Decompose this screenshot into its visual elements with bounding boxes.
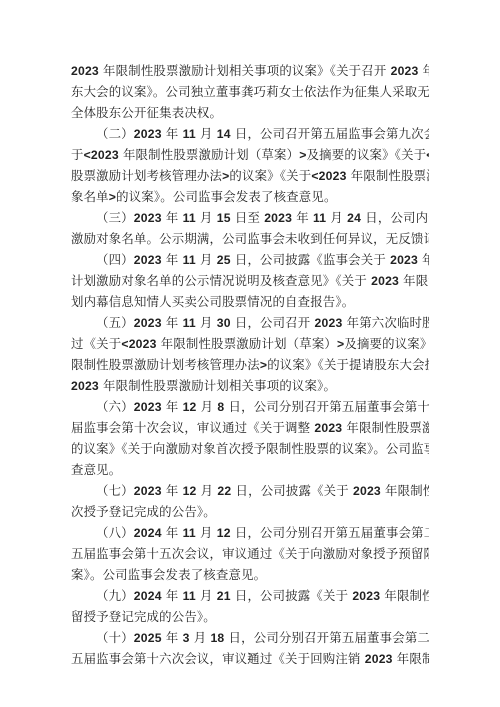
numeric-run: <2023 [121,337,156,351]
numeric-run: 2023 [314,421,342,435]
numeric-run: 8 [217,400,224,414]
numeric-run: 2024 [134,589,162,603]
numeric-run: > [222,169,229,183]
paragraph-first-line: （九）2024 年 11 月 21 日，公司披露《关于 2023 年限制性股票激… [71,585,429,606]
text-line: 东大会的议案》。公司独立董事龚巧莉女士依法作为征集人采取无偿方式向公司 [71,81,429,102]
document-body: 2023 年限制性股票激励计划相关事项的议案》《关于召开 2023 年第六次临时… [71,60,429,669]
numeric-run: 3 [183,631,190,645]
numeric-run: 24 [347,211,361,225]
numeric-run: 18 [210,631,224,645]
numeric-run: 2023 [353,484,381,498]
numeric-run: 2023 [134,484,162,498]
numeric-run: 2023 [390,253,418,267]
numeric-run: 2023 [134,127,162,141]
numeric-run: 12 [217,526,231,540]
numeric-run: 14 [217,127,231,141]
text-line: 股票激励计划考核管理办法>的议案》《关于<2023 年限制性股票激励计划激励对 [71,165,429,186]
numeric-run: 2025 [134,631,162,645]
paragraph-first-line: （三）2023 年 11 月 15 日至 2023 年 11 月 24 日，公司… [71,207,429,228]
numeric-run: <2023 [426,148,429,162]
numeric-run: > [337,337,344,351]
text-line: 2023 年限制性股票激励计划相关事项的议案》。 [71,375,429,396]
numeric-run: 25 [217,253,231,267]
numeric-run: 2023 [352,589,380,603]
text-line: 案》。公司监事会发表了核查意见。 [71,564,429,585]
text-line: 全体股东公开征集表决权。 [71,102,429,123]
paragraph-first-line: （六）2023 年 12 月 8 日，公司分别召开第五届董事会第十三次会议和第五 [71,396,429,417]
text-line: 五届监事会第十五次会议，审议通过《关于向激励对象授予预留限制性股票的议 [71,543,429,564]
text-line: 查意见。 [71,459,429,480]
numeric-run: 11 [183,211,196,225]
numeric-run: <2023 [84,148,119,162]
numeric-run: 2023 [315,316,343,330]
numeric-run: 11 [183,589,196,603]
paragraph-first-line: （四）2023 年 11 月 25 日，公司披露《监事会关于 2023 年限制性… [71,249,429,270]
page-number: 2 [0,652,500,663]
text-line: 计划激励对象名单的公示情况说明及核查意见》《关于 2023 年限制性股票激励计 [71,270,429,291]
numeric-run: 11 [183,253,196,267]
text-line: 于<2023 年限制性股票激励计划（草案）>及摘要的议案》《关于<2023 年限… [71,144,429,165]
numeric-run: 11 [183,316,196,330]
numeric-run: 15 [217,211,231,225]
numeric-run: 2023 [391,64,419,78]
paragraph-first-line: （七）2023 年 12 月 22 日，公司披露《关于 2023 年限制性股票激… [71,480,429,501]
paragraph-first-line: （十）2025 年 3 月 18 日，公司分别召开第五届董事会第二十四次会议和第 [71,627,429,648]
paragraph-first-line: （八）2024 年 11 月 12 日，公司分别召开第五届董事会第二十一次会议和… [71,522,429,543]
numeric-run: 21 [217,589,231,603]
numeric-run: > [299,148,306,162]
text-line: 的议案》《关于向激励对象首次授予限制性股票的议案》。公司监事会发表了核 [71,438,429,459]
text-line: 象名单>的议案》。公司监事会发表了核查意见。 [71,186,429,207]
text-line: 留授予登记完成的公告》。 [71,606,429,627]
numeric-run: 11 [183,127,196,141]
numeric-run: > [109,190,116,204]
text-line: 次授予登记完成的公告》。 [71,501,429,522]
numeric-run: 2023 [134,316,162,330]
text-line: 限制性股票激励计划考核管理办法>的议案》《关于提请股东大会授权董事会办理 [71,354,429,375]
text-line: 划内幕信息知情人买卖公司股票情况的自查报告》。 [71,291,429,312]
numeric-run: 2023 [134,253,162,267]
numeric-run: 11 [183,526,196,540]
text-line: 激励对象名单。公示期满，公司监事会未收到任何异议，无反馈记录。 [71,228,429,249]
numeric-run: 2023 [134,211,162,225]
numeric-run: 2023 [264,211,292,225]
numeric-run: 2024 [134,526,162,540]
numeric-run: 2023 [371,274,399,288]
numeric-run: 30 [217,316,231,330]
numeric-run: 11 [313,211,326,225]
numeric-run: 2023 [134,400,162,414]
paragraph-first-line: （二）2023 年 11 月 14 日，公司召开第五届监事会第九次会议，审议通过… [71,123,429,144]
text-line: 过《关于<2023 年限制性股票激励计划（草案）>及摘要的议案》《关于<2023… [71,333,429,354]
numeric-run: 2023 [71,64,99,78]
text-line: 2023 年限制性股票激励计划相关事项的议案》《关于召开 2023 年第六次临时… [71,60,429,81]
paragraph-first-line: （五）2023 年 11 月 30 日，公司召开 2023 年第六次临时股东大会… [71,312,429,333]
numeric-run: > [260,358,267,372]
numeric-run: 22 [217,484,231,498]
numeric-run: <2023 [311,169,346,183]
numeric-run: 2023 [71,379,99,393]
text-line: 届监事会第十次会议，审议通过《关于调整 2023 年限制性股票激励计划相关事项 [71,417,429,438]
numeric-run: 12 [183,400,197,414]
numeric-run: 12 [183,484,197,498]
